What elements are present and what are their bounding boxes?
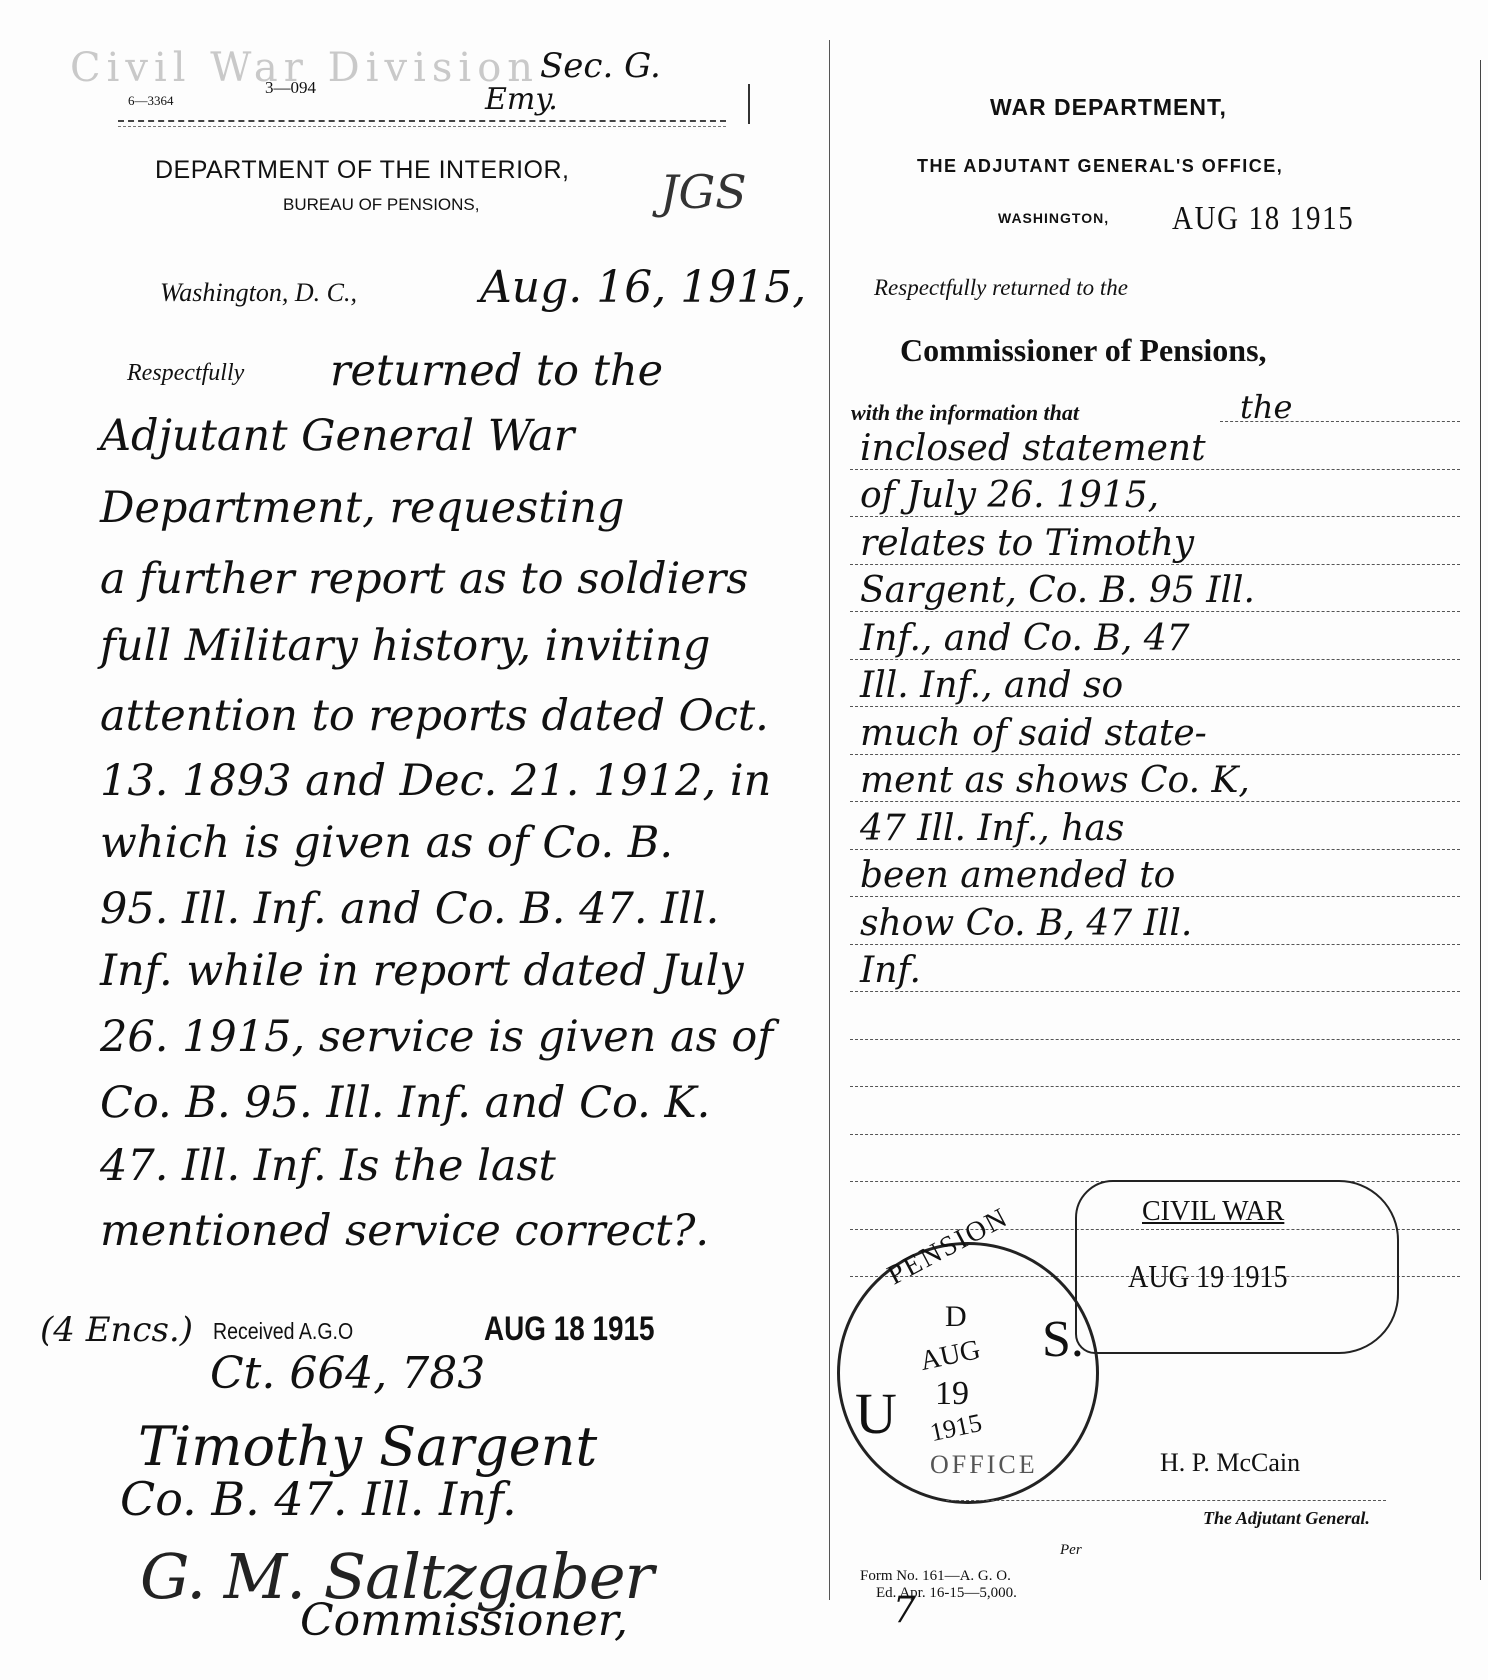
info-prefix: with the information that — [851, 400, 1079, 426]
handwritten-line: ment as shows Co. K, — [860, 763, 1250, 799]
ruled-line — [850, 706, 1460, 707]
file-code: 3—094 — [265, 78, 316, 98]
form-number: Form No. 161—A. G. O. — [860, 1568, 1011, 1585]
ruled-line — [850, 1134, 1460, 1135]
handwritten-line: Co. B. 95. Ill. Inf. and Co. K. — [100, 1082, 710, 1125]
handwritten-line: attention to reports dated Oct. — [100, 695, 769, 738]
certificate-number: Ct. 664, 783 — [210, 1348, 485, 1399]
postmark-u: U — [855, 1380, 897, 1447]
handwritten-line: been amended to — [860, 858, 1175, 894]
received-stamp-label: Received A.G.O — [213, 1318, 353, 1345]
soldier-unit: Co. B. 47. Ill. Inf. — [120, 1472, 517, 1526]
handwritten-line: Ill. Inf., and so — [860, 668, 1123, 704]
header-rule — [118, 126, 726, 127]
location-label: WASHINGTON, — [998, 210, 1109, 226]
ruled-line — [850, 754, 1460, 755]
enclosures-note: (4 Encs.) — [40, 1310, 193, 1350]
ruled-line — [850, 1039, 1460, 1040]
ruled-line — [850, 469, 1460, 470]
respectfully-label: Respectfully — [127, 360, 244, 387]
civil-war-stamp-date: AUG 19 1915 — [1128, 1258, 1288, 1295]
margin-mark — [748, 84, 750, 124]
postmark-s: S. — [1042, 1310, 1084, 1369]
handwritten-line: a further report as to soldiers — [100, 558, 748, 601]
handwritten-line: returned to the — [330, 350, 663, 393]
header-rule — [118, 120, 726, 122]
handwritten-line: mentioned service correct?. — [100, 1210, 709, 1253]
ruled-line — [850, 991, 1460, 992]
handwritten-line: Adjutant General War — [100, 415, 574, 458]
postmark-office: OFFICE — [930, 1450, 1038, 1480]
ruled-line — [850, 516, 1460, 517]
handwritten-line: Sargent, Co. B. 95 Ill. — [860, 573, 1255, 609]
postmark-day: 19 — [935, 1375, 969, 1413]
handwritten-line: 47. Ill. Inf. Is the last — [100, 1145, 556, 1188]
office-subtitle: THE ADJUTANT GENERAL'S OFFICE, — [917, 156, 1283, 177]
commissioner-title: Commissioner, — [300, 1595, 628, 1646]
department-title: DEPARTMENT OF THE INTERIOR, — [155, 156, 569, 185]
ruled-line — [850, 1086, 1460, 1087]
form-divider — [829, 40, 830, 1600]
per-label: Per — [1060, 1542, 1082, 1559]
handwritten-line: 13. 1893 and Dec. 21. 1912, in — [100, 760, 771, 803]
civil-war-stamp-title: CIVIL WAR — [1142, 1196, 1284, 1228]
page-mark: 7 — [893, 1590, 916, 1631]
right-form-edge — [1480, 60, 1481, 1580]
postmark-letter: D — [945, 1300, 967, 1334]
form-code: 6—3364 — [128, 93, 174, 109]
handwritten-line: of July 26. 1915, — [860, 478, 1159, 514]
handwritten-line: which is given as of Co. B. — [100, 822, 673, 865]
handwritten-line: Inf., and Co. B, 47 — [860, 621, 1190, 657]
location-label: Washington, D. C., — [160, 278, 357, 308]
handwritten-line: inclosed statement — [860, 431, 1206, 467]
ruled-line — [850, 659, 1460, 660]
ruled-line — [850, 611, 1460, 612]
handwritten-initials-note: Emy. — [485, 82, 558, 117]
handwritten-line: full Military history, inviting — [100, 625, 710, 668]
signature-rule — [946, 1500, 1386, 1501]
letter-date: Aug. 16, 1915, — [480, 262, 806, 313]
handwritten-line: relates to Timothy — [860, 526, 1194, 562]
handwritten-section-note: Sec. G. — [540, 46, 661, 86]
handwritten-line: much of said state- — [860, 716, 1207, 752]
ruled-line — [1220, 421, 1460, 422]
received-stamp-date: AUG 18 1915 — [484, 1310, 654, 1349]
ruled-line — [850, 801, 1460, 802]
bureau-subtitle: BUREAU OF PENSIONS, — [283, 195, 479, 215]
ruled-line — [850, 564, 1460, 565]
soldier-name: Timothy Sargent — [138, 1415, 597, 1478]
handwritten-line: 47 Ill. Inf., has — [860, 811, 1124, 847]
handwritten-line: show Co. B, 47 Ill. — [860, 906, 1192, 942]
ruled-line — [850, 849, 1460, 850]
margin-initials: JGS — [660, 165, 747, 219]
ruled-line — [850, 944, 1460, 945]
signer-name: H. P. McCain — [1160, 1448, 1300, 1478]
handwritten-line: Department, requesting — [100, 487, 624, 530]
respectfully-label: Respectfully returned to the — [874, 275, 1128, 301]
handwritten-line: Inf. while in report dated July — [100, 950, 744, 993]
addressee: Commissioner of Pensions, — [900, 332, 1267, 369]
war-department-title: WAR DEPARTMENT, — [990, 94, 1227, 121]
ruled-line — [850, 896, 1460, 897]
handwritten-line: 95. Ill. Inf. and Co. B. 47. Ill. — [100, 888, 719, 931]
handwritten-line: 26. 1915, service is given as of — [100, 1016, 773, 1059]
reply-date-stamp: AUG 18 1915 — [1172, 200, 1354, 238]
signer-title: The Adjutant General. — [1203, 1508, 1370, 1529]
handwritten-line: Inf. — [860, 953, 921, 989]
